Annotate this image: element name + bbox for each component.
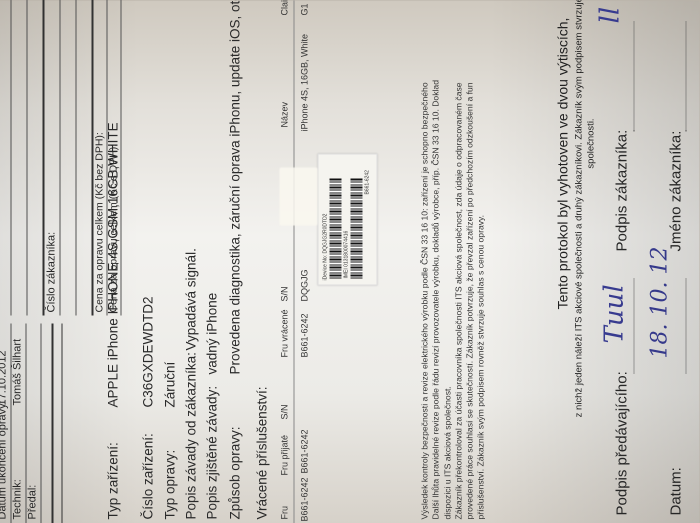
handover-signature-line[interactable] [634, 279, 635, 374]
serial-barcode-sticker: iDevice No: DQGJG2R0DTD2 IMEI 0131800074… [318, 154, 378, 286]
col-claim: Clai [280, 0, 290, 16]
repair-method-field: Způsob opravy: Provedena diagnostika, zá… [228, 426, 243, 519]
handover-handwritten-signature: Tuul [600, 284, 630, 343]
handover-signature-label: Podpis předávajícího: [614, 371, 631, 515]
repair-method-value: Provedena diagnostika, záruční oprava iP… [228, 0, 243, 375]
date-label: Datum: [668, 467, 685, 515]
col-fru-received: Fru přijaté [280, 435, 290, 476]
handed-over-row: Předal: [26, 324, 42, 523]
table-row-claim: G1 [300, 3, 310, 15]
handed-over-label: Předal: [26, 485, 41, 520]
repair-type-value: Záruční [163, 362, 178, 408]
date-finished-label: Datum ukončení opravy: [0, 400, 11, 519]
customer-name-label: Jméno zákazníka: [668, 131, 685, 252]
customer-name-line[interactable] [686, 22, 687, 132]
header-divider [52, 324, 54, 523]
table-row-fru-received: B661-6242 [300, 429, 310, 473]
device-type-label: Typ zařízení: [106, 442, 121, 519]
statement-line-4: Zákazník překontroloval za účasti pracov… [453, 0, 464, 520]
statement-line-1: Výsledek kontroly bezpečnosti a revize e… [420, 0, 431, 520]
repair-protocol-page: Datum ukončení opravy: 17.10.2012 Techni… [0, 1, 700, 523]
table-divider [294, 1, 295, 523]
table-row-fru: B661-6242 [300, 477, 310, 521]
header-divider-2 [62, 324, 63, 523]
handwritten-date: 18. 10. 12 [648, 247, 673, 359]
col-name: Název [280, 102, 290, 128]
device-number-label: Číslo zařízení: [141, 433, 156, 519]
customer-fault-value: Vypadává signál. [184, 248, 199, 350]
price-box: Číslo zákazníka: Cena za opravu celkem (… [0, 0, 122, 316]
repair-type-label: Typ opravy: [163, 450, 178, 520]
found-fault-value: vadný iPhone [205, 293, 220, 375]
device-number-value: C36GXDEWDTD2 [141, 296, 156, 407]
sticker-text-3: IMEI 0131800074416 [344, 231, 350, 279]
device-type-value: APPLE iPhone IPHONE 4S,GSM,16GB,WHITE [106, 122, 121, 407]
device-type-field: Typ zařízení: APPLE iPhone IPHONE 4S,GSM… [106, 442, 121, 519]
table-row-sn-returned: DQGJG [300, 269, 310, 301]
device-number-field: Číslo zařízení: C36GXDEWDTD2 [141, 433, 156, 519]
protocol-title: Tento protokol byl vyhotoven ve dvou výt… [555, 0, 571, 424]
returned-accessories-field: Vrácené příslušenství: [255, 386, 270, 519]
customer-signature-line[interactable] [634, 22, 635, 132]
safety-statement: Výsledek kontroly bezpečnosti a revize e… [420, 0, 488, 520]
repair-type-field: Typ opravy: Záruční [163, 450, 178, 520]
customer-fault-field: Popis závady od zákazníka: Vypadává sign… [184, 352, 199, 519]
date-line[interactable] [686, 279, 687, 374]
barcode-1 [330, 179, 342, 279]
table-row-name: iPhone 4S, 16GB, White [300, 34, 310, 132]
repair-method-label: Způsob opravy: [228, 426, 243, 519]
technician-label: Technik: [11, 479, 26, 519]
table-row-fru-returned: B661-6242 [300, 313, 310, 357]
found-fault-label: Popis zjištěné závady: [205, 386, 220, 520]
col-fru: Fru [280, 506, 290, 520]
statement-line-2: Další lhůta pravidelné revize podle řádu… [431, 0, 442, 520]
protocol-subtitle-2: společnosti. [586, 0, 598, 404]
statement-line-5: provedené práce souhlasí se skutečností.… [465, 0, 476, 520]
barcode-2 [351, 179, 363, 279]
adhesive-tape [280, 168, 318, 226]
sticker-text-2: B661-6242 [365, 170, 371, 194]
statement-line-3: dispozici u ITS akciová společnost. [442, 0, 453, 520]
returned-accessories-label: Vrácené příslušenství: [255, 386, 270, 519]
col-sn-received: S/N [280, 404, 290, 419]
statement-line-6: příslušenství. Zákazník svým podpisem ro… [476, 0, 487, 520]
customer-fault-label: Popis závady od zákazníka: [184, 352, 199, 519]
found-fault-field: Popis zjištěné závady: vadný iPhone [205, 386, 220, 520]
col-fru-returned: Fru vrácené [280, 309, 290, 357]
sticker-text-1: iDevice No: DQGJG2R0DTD2 [323, 214, 329, 281]
customer-handwritten-signature: ll [596, 7, 626, 24]
technician-value: Tomáš Šilhart [11, 339, 26, 406]
technician-row: Technik: Tomáš Šilhart [11, 324, 27, 523]
date-finished-value: 17.10.2012 [0, 350, 11, 405]
col-sn-returned: S/N [280, 286, 290, 301]
customer-signature-label: Podpis zákazníka: [614, 130, 631, 252]
protocol-subtitle-1: z nichž jeden náleží ITS akciové společn… [574, 0, 586, 484]
customer-number-label: Číslo zákazníka: [45, 0, 61, 316]
